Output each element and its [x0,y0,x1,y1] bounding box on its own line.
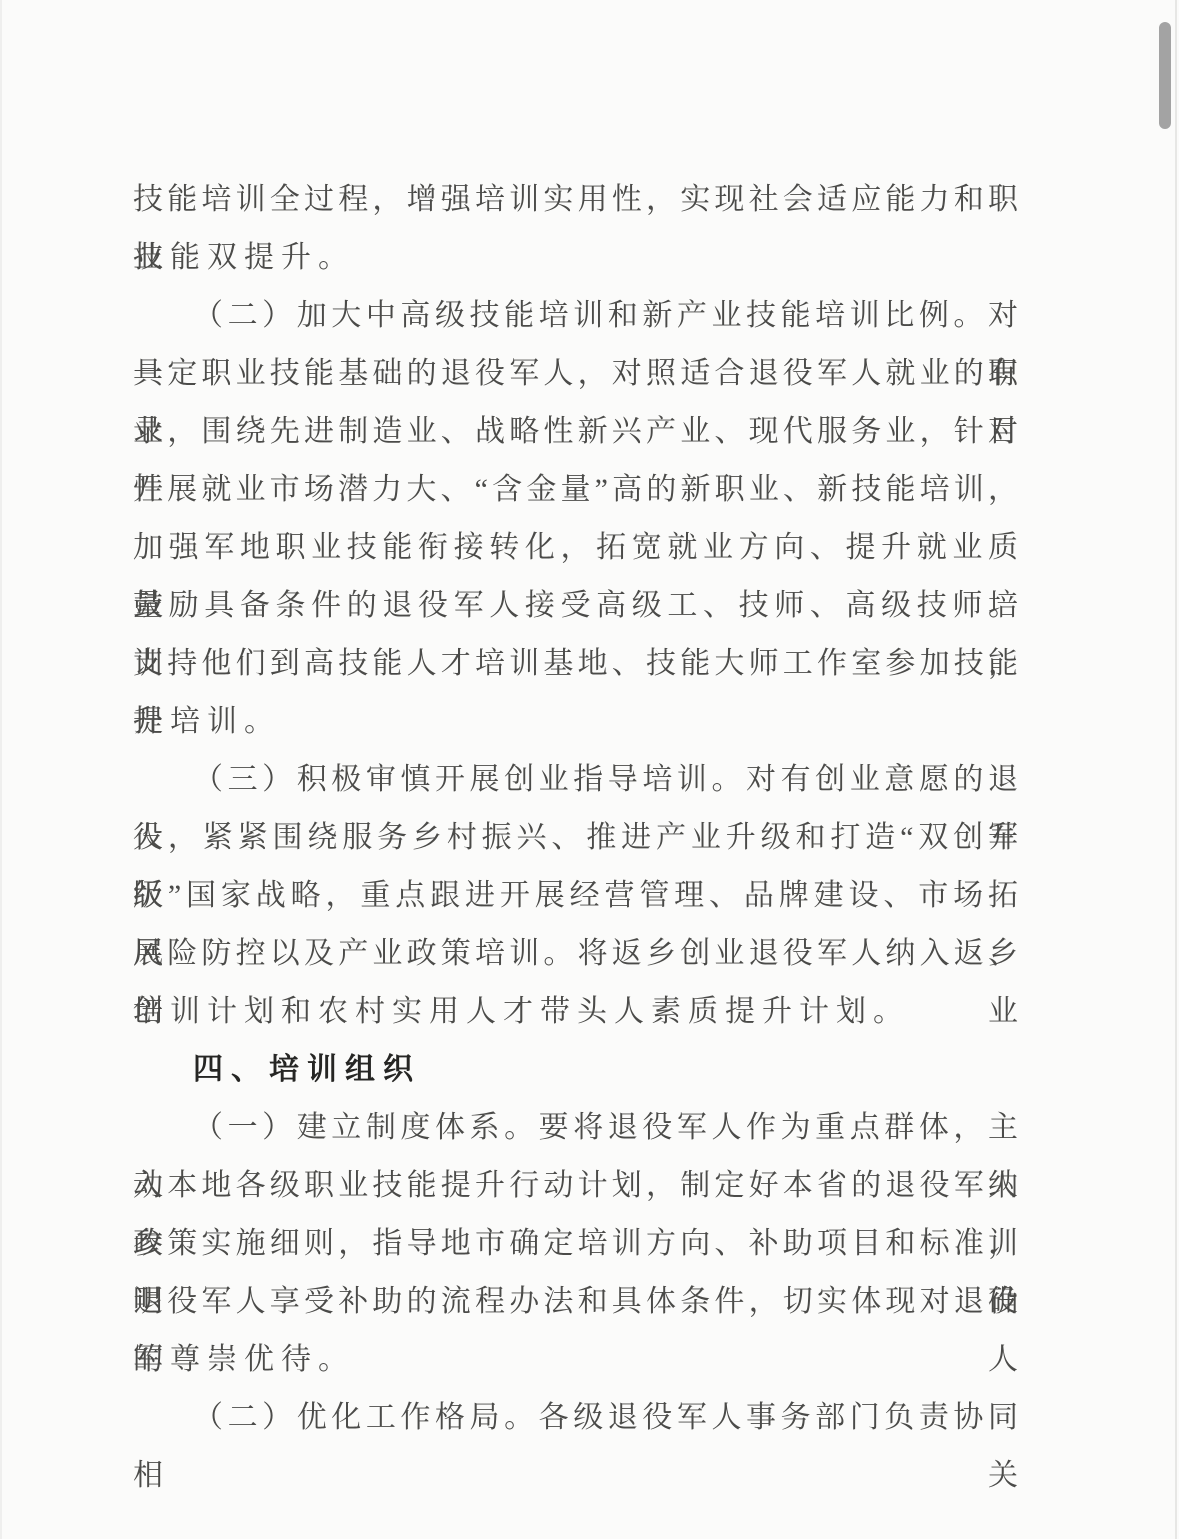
text-line: 技能双提升。 [133,229,1022,287]
text-line: 一定职业技能基础的退役军人，对照适合退役军人就业的职业目 [133,345,1022,403]
document-text: 技能培训全过程，增强培训实用性，实现社会适应能力和职业 技能双提升。 （二）加大… [133,171,1022,1447]
text-line: （一）建立制度体系。要将退役军人作为重点群体，主动纳 [133,1099,1022,1157]
text-line: 培训计划和农村实用人才带头人素质提升计划。 [133,983,1022,1041]
page-left-edge [0,0,2,1539]
text-line: 退役军人享受补助的流程办法和具体条件，切实体现对退役军人 [133,1273,1022,1331]
text-line: 升培训。 [133,693,1022,751]
scrollbar-thumb[interactable] [1159,22,1171,129]
text-line: 加强军地职业技能衔接转化，拓宽就业方向、提升就业质量。 [133,519,1022,577]
document-viewer: 技能培训全过程，增强培训实用性，实现社会适应能力和职业 技能双提升。 （二）加大… [0,0,1179,1539]
text-line: 录，围绕先进制造业、战略性新兴产业、现代服务业，针对性 [133,403,1022,461]
text-line: 风险防控以及产业政策培训。将返乡创业退役军人纳入返乡创业 [133,925,1022,983]
text-line: 版”国家战略，重点跟进开展经营管理、品牌建设、市场拓展、 [133,867,1022,925]
text-line: 支持他们到高技能人才培训基地、技能大师工作室参加技能提 [133,635,1022,693]
text-line: 政策实施细则，指导地市确定培训方向、补助项目和标准，明确 [133,1215,1022,1273]
text-line: 鼓励具备条件的退役军人接受高级工、技师、高级技师培训， [133,577,1022,635]
text-line: 开展就业市场潜力大、“含金量”高的新职业、新技能培训， [133,461,1022,519]
text-line: 人，紧紧围绕服务乡村振兴、推进产业升级和打造“双创升级 [133,809,1022,867]
text-line: （三）积极审慎开展创业指导培训。对有创业意愿的退役军 [133,751,1022,809]
text-line: 入本地各级职业技能提升行动计划，制定好本省的退役军人参训 [133,1157,1022,1215]
text-line: （二）优化工作格局。各级退役军人事务部门负责协同相关 [133,1389,1022,1447]
scrollbar-track[interactable] [1163,0,1179,1539]
text-line: （二）加大中高级技能培训和新产业技能培训比例。对具有 [133,287,1022,345]
section-heading: 四、培训组织 [133,1041,1022,1099]
text-line: 技能培训全过程，增强培训实用性，实现社会适应能力和职业 [133,171,1022,229]
